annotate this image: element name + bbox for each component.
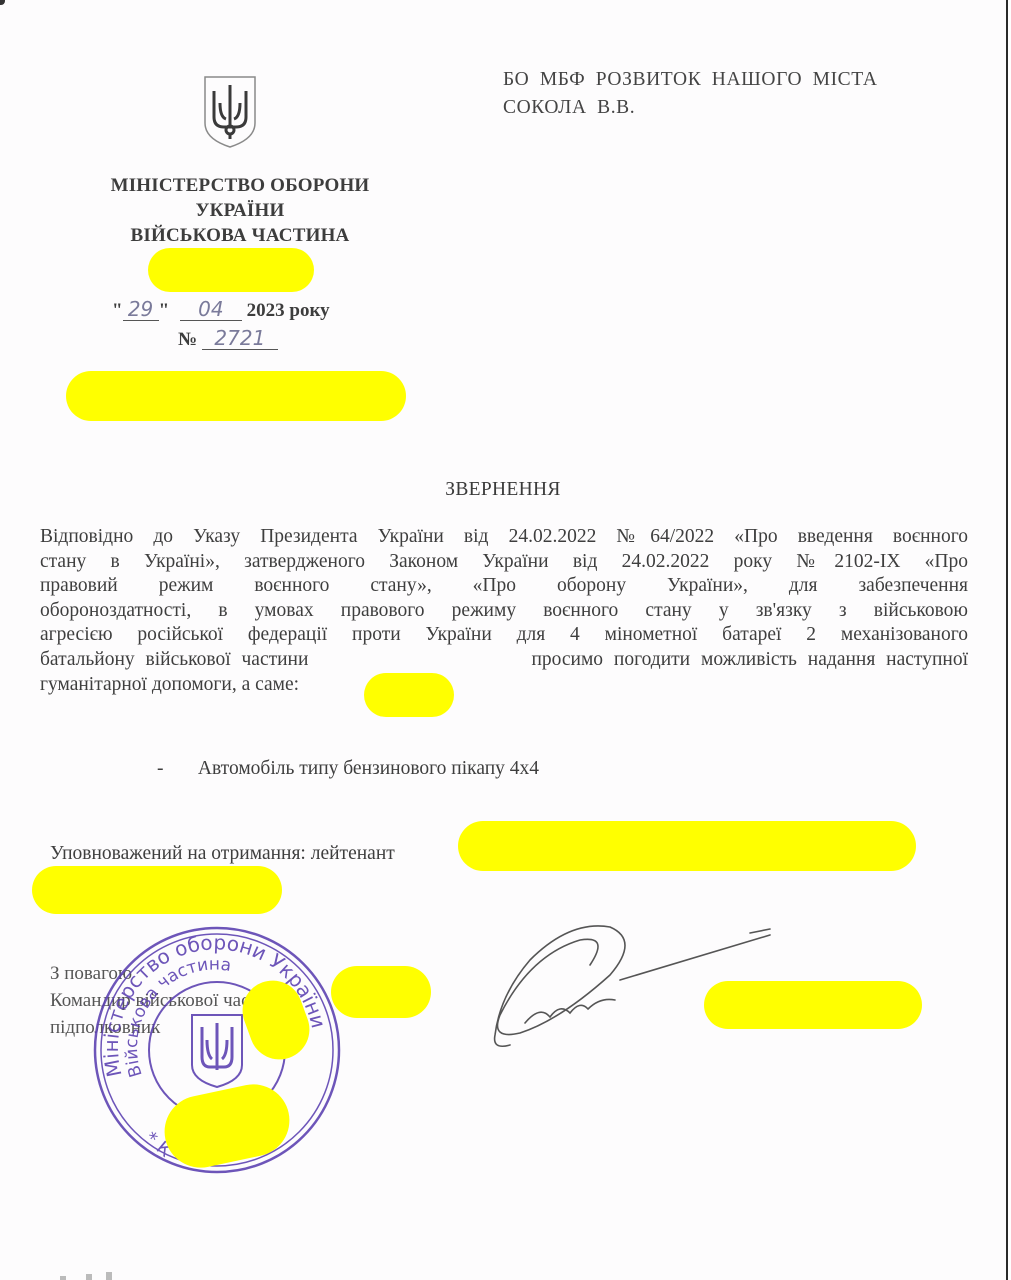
appeal-paragraph: Відповідно до Указу Президента України в… [40,525,968,697]
addressee-block: БО МБФ РОЗВИТОК НАШОГО МІСТА СОКОЛА В.В. [503,66,878,122]
redacted-unit-in-text [364,673,454,717]
document-number-value: 2721 [202,327,278,350]
paragraph-line: правовий режим воєнного стану», «Про обо… [40,574,968,599]
redacted-sender-line [66,371,406,421]
redacted-unit-number [148,248,314,292]
addressee-line: БО МБФ РОЗВИТОК НАШОГО МІСТА [503,66,878,94]
date-month: 04 [180,298,242,321]
ministry-line: ВІЙСЬКОВА ЧАСТИНА [60,223,420,248]
list-item: - Автомобіль типу бензинового пікапу 4х4 [157,758,539,780]
paragraph-line: Відповідно до Указу Президента України в… [40,525,968,550]
paragraph-line: обороноздатності, в умовах правового реж… [40,599,968,624]
paragraph-line: стану в Україні», затвердженого Законом … [40,550,968,575]
document-date: "29" 04 2023 року [112,298,330,322]
ministry-line: УКРАЇНИ [60,198,420,223]
paragraph-line: гуманітарної допомоги, а саме: [40,673,968,698]
paragraph-line: агресією російської федерації проти Укра… [40,623,968,648]
redacted-signer-name [704,981,922,1029]
ministry-line: МІНІСТЕРСТВО ОБОРОНИ [60,173,420,198]
document-title: ЗВЕРНЕННЯ [0,479,1006,501]
ministry-header: МІНІСТЕРСТВО ОБОРОНИ УКРАЇНИ ВІЙСЬКОВА Ч… [60,173,420,248]
date-year: 2023 року [247,300,330,321]
trident-icon [200,73,260,149]
scan-corner-mark [0,0,5,5]
date-day: 29 [123,298,159,321]
cut-off-text [60,1268,120,1280]
redacted-recipient-name [458,821,916,871]
stamp-trident-icon [192,1015,242,1087]
paragraph-line: батальйону військової частини просимо по… [40,648,968,673]
redacted-commander-unit [331,966,431,1018]
addressee-line: СОКОЛА В.В. [503,94,878,122]
handwritten-signature [470,905,790,1055]
authorized-recipient: Уповноважений на отримання: лейтенант [50,843,395,865]
redacted-recipient-name-cont [32,866,282,914]
document-number: № 2721 [178,327,278,351]
document-page: МІНІСТЕРСТВО ОБОРОНИ УКРАЇНИ ВІЙСЬКОВА Ч… [0,0,1008,1280]
list-item-text: Автомобіль типу бензинового пікапу 4х4 [198,758,539,779]
